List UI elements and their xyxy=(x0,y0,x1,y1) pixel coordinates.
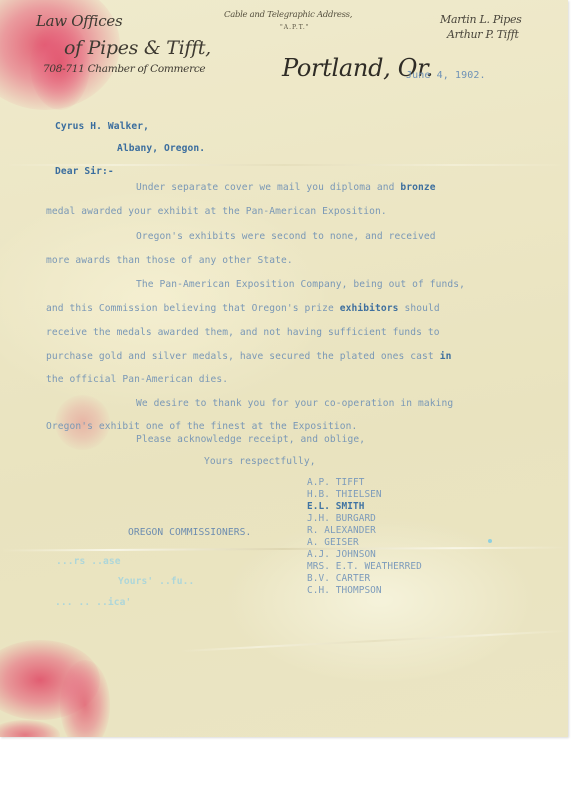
letterhead-partner: Arthur P. Tifft xyxy=(447,28,519,41)
signer-name: A.P. TIFFT xyxy=(307,477,364,488)
body-line: receive the medals awarded them, and not… xyxy=(46,327,440,338)
signer-name: J.H. BURGARD xyxy=(307,513,376,524)
paper-crease xyxy=(0,547,568,552)
letter-paper: Law Offices of Pipes & Tifft, 708-711 Ch… xyxy=(0,0,568,737)
salutation: Dear Sir:- xyxy=(55,166,114,177)
letterhead-partner: Martin L. Pipes xyxy=(440,13,522,26)
body-text: The Pan-American Exposition Company, bei… xyxy=(136,279,465,290)
body-line: Oregon's exhibits were second to none, a… xyxy=(136,231,436,242)
body-line: Oregon's exhibit one of the finest at th… xyxy=(46,421,357,432)
body-text: should xyxy=(399,303,440,314)
signer-name: B.V. CARTER xyxy=(307,573,370,584)
body-text: Under separate cover we mail you diploma… xyxy=(136,182,400,193)
signers-label: OREGON COMMISSIONERS. xyxy=(128,527,251,538)
body-text: purchase gold and silver medals, have se… xyxy=(46,351,440,362)
offset-ghost-text: ... .. ..ica' xyxy=(55,597,131,608)
closing-signoff: Yours respectfully, xyxy=(204,456,316,467)
body-text: more awards than those of any other Stat… xyxy=(46,255,293,266)
recipient-location: Albany, Oregon. xyxy=(117,143,205,154)
signer-name: E.L. SMITH xyxy=(307,501,364,512)
body-line: and this Commission believing that Orego… xyxy=(46,303,440,314)
body-text-emphasis: in xyxy=(440,351,452,362)
recipient-name: Cyrus H. Walker, xyxy=(55,121,149,132)
body-text: medal awarded your exhibit at the Pan-Am… xyxy=(46,206,387,217)
body-line: more awards than those of any other Stat… xyxy=(46,255,293,266)
body-text-emphasis: bronze xyxy=(400,182,435,193)
letterhead-cable-label: Cable and Telegraphic Address, xyxy=(224,10,352,20)
paper-crease xyxy=(180,630,568,652)
offset-ghost-text: ...rs ..ase xyxy=(56,556,121,567)
body-line: The Pan-American Exposition Company, bei… xyxy=(136,279,465,290)
body-text: We desire to thank you for your co-opera… xyxy=(136,398,453,409)
document-page: Law Offices of Pipes & Tifft, 708-711 Ch… xyxy=(0,0,582,800)
body-text: Oregon's exhibit one of the finest at th… xyxy=(46,421,357,432)
signer-name: A. GEISER xyxy=(307,537,359,548)
red-stain xyxy=(0,640,100,720)
letterhead-cable-code: "A.P.T." xyxy=(280,24,310,31)
body-text: the official Pan-American dies. xyxy=(46,374,228,385)
closing-line: Please acknowledge receipt, and oblige, xyxy=(136,434,365,445)
letterhead-address: 708-711 Chamber of Commerce xyxy=(43,63,205,75)
signer-name: MRS. E.T. WEATHERRED xyxy=(307,561,422,572)
body-line: medal awarded your exhibit at the Pan-Am… xyxy=(46,206,387,217)
signer-name: C.H. THOMPSON xyxy=(307,585,382,596)
letterhead-title: Law Offices xyxy=(36,12,122,30)
body-line: Under separate cover we mail you diploma… xyxy=(136,182,436,193)
letterhead-firm: of Pipes & Tifft, xyxy=(64,37,211,59)
body-text: and this Commission believing that Orego… xyxy=(46,303,340,314)
ink-blot xyxy=(488,539,492,543)
letter-date: June 4, 1902. xyxy=(406,70,486,81)
red-stain xyxy=(60,660,110,737)
body-line: purchase gold and silver medals, have se… xyxy=(46,351,451,362)
red-stain xyxy=(0,720,60,737)
signer-name: R. ALEXANDER xyxy=(307,525,376,536)
offset-ghost-text: Yours' ..fu.. xyxy=(118,576,194,587)
body-line: We desire to thank you for your co-opera… xyxy=(136,398,453,409)
body-text: receive the medals awarded them, and not… xyxy=(46,327,440,338)
body-text-emphasis: exhibitors xyxy=(340,303,399,314)
body-text: Oregon's exhibits were second to none, a… xyxy=(136,231,436,242)
signer-name: H.B. THIELSEN xyxy=(307,489,382,500)
signer-name: A.J. JOHNSON xyxy=(307,549,376,560)
body-line: the official Pan-American dies. xyxy=(46,374,228,385)
